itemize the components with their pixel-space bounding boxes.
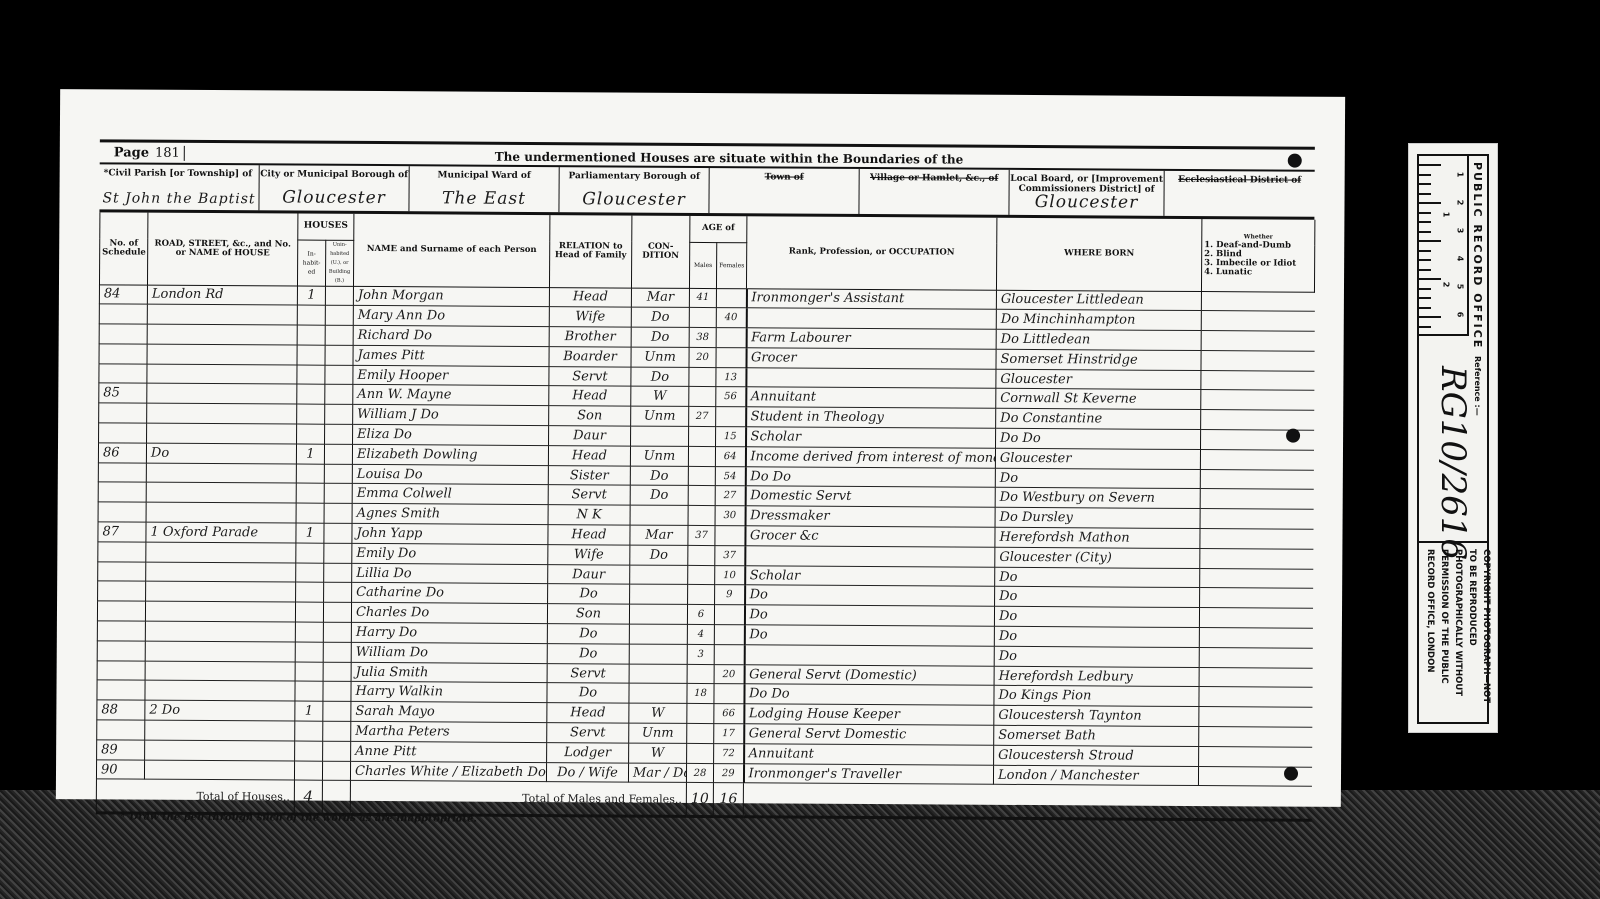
cell-condition: Do [630,545,688,565]
cell-condition: Mar [630,525,688,545]
cell-infirmity [1200,529,1313,549]
cell-name: Louisa Do [352,464,548,485]
ruler-number: 1 [1455,172,1464,178]
boundary-ward: Municipal Ward of The East [409,166,559,212]
total-females: 16 [713,783,743,817]
cell-occupation: Scholar [745,565,995,586]
cell-female-age: 17 [714,724,744,744]
cell-condition: W [629,703,687,723]
cell-female-age: 64 [715,446,745,466]
cell-male-age: 41 [689,288,716,308]
cell-female-age: 56 [716,387,746,407]
cell-condition: Unm [630,446,688,466]
col-where-born: WHERE BORN [996,218,1201,291]
cell-female-age: 40 [716,308,746,328]
cell-where-born: Do [995,567,1200,588]
cell-relation: Servt [548,485,630,505]
boundaries-row: *Civil Parish [or Township] of St John t… [99,164,1314,219]
ruler-tick [1419,183,1431,185]
cell-road [145,601,295,622]
cell-name: Eliza Do [353,424,549,445]
cell-infirmity [1201,311,1314,331]
cell-infirmity [1201,410,1314,430]
cell-inhabited [295,622,323,642]
cell-infirmity [1201,390,1314,410]
cell-condition [629,624,687,644]
cell-road [145,720,295,741]
cell-schedule [97,680,145,700]
cell-condition [629,684,687,704]
cell-infirmity [1200,469,1313,489]
ruler-tick [1419,231,1431,233]
cell-relation: Daur [548,564,630,584]
cell-where-born: Herefordsh Mathon [995,527,1200,548]
cell-female-age: 13 [716,367,746,387]
cell-where-born: London / Manchester [993,765,1198,786]
cell-condition: Unm [631,406,689,426]
cell-female-age: 66 [714,704,744,724]
cell-male-age: 3 [687,644,714,664]
ruler-tick [1419,164,1441,166]
punch-hole [1284,767,1298,781]
census-table: No. of Schedule ROAD, STREET, &c., and N… [96,212,1316,822]
ruler-tick [1419,316,1441,318]
cell-uninhabited [323,741,351,761]
cell-where-born: Gloucestersh Stroud [994,745,1199,766]
cell-relation: N K [548,505,630,525]
boundary-city: City or Municipal Borough of Gloucester [259,165,409,211]
cell-name: Emma Colwell [352,484,548,505]
cell-road [147,384,297,405]
cell-inhabited [296,503,324,523]
cell-occupation: Lodging House Keeper [744,704,994,725]
col-uninhabited: Unin-habited (U.), or Building (B.) [325,240,353,286]
cell-schedule [98,462,146,482]
cell-relation: Brother [549,327,631,347]
reference-card: 12345612 PUBLIC RECORD OFFICE Reference … [1408,143,1498,733]
cell-where-born: Gloucester [995,448,1200,469]
cell-infirmity [1199,746,1312,766]
total-persons-label: Total of Males and Females.. [350,781,686,817]
ruler-tick [1419,288,1431,290]
cell-schedule: 89 [97,740,145,760]
footnote: * Draw the pen through such of the words… [121,811,477,824]
cell-relation: Head [548,445,630,465]
cell-name: Elizabeth Dowling [352,444,548,465]
cell-schedule: 90 [96,759,144,779]
cell-male-age [688,565,715,585]
census-page: Page 181 The undermentioned Houses are s… [56,89,1345,807]
cell-condition: Mar [631,288,689,308]
cell-infirmity [1201,291,1314,311]
ruler-tick [1419,326,1431,328]
cell-condition [630,565,688,585]
cell-uninhabited [325,385,353,405]
ruler-number: 5 [1455,284,1464,290]
cell-occupation: Ironmonger's Assistant [746,288,996,309]
cell-infirmity [1199,647,1312,667]
cell-where-born: Do Constantine [996,409,1201,430]
ruler-tick [1419,278,1441,280]
cell-female-age [715,526,745,546]
cell-occupation: Annuitant [746,387,996,408]
ruler-tick [1419,193,1431,195]
cell-occupation: Annuitant [744,744,994,765]
boundary-town: Town of [709,168,859,214]
cell-infirmity [1201,331,1314,351]
cell-inhabited: 1 [295,701,323,721]
cell-name: William Do [351,642,547,663]
cell-road [145,740,295,761]
cell-where-born: Do [995,587,1200,608]
cell-where-born: Do Do [996,428,1201,449]
cell-relation: Son [549,406,631,426]
cell-uninhabited [325,286,353,306]
cell-relation: Sister [548,465,630,485]
cell-condition [629,644,687,664]
cell-uninhabited [323,721,351,741]
cell-infirmity [1199,727,1312,747]
punch-hole [1286,429,1300,443]
cell-infirmity [1200,489,1313,509]
cell-female-age [714,625,744,645]
cell-occupation: Farm Labourer [746,328,996,349]
cell-occupation: Domestic Servt [745,486,995,507]
cell-infirmity [1200,568,1313,588]
cell-relation: Do / Wife [546,762,628,782]
cell-name: William J Do [353,405,549,426]
cell-uninhabited [324,583,352,603]
cell-condition: Unm [631,347,689,367]
cell-uninhabited [323,701,351,721]
boundary-ecclesiastical: Ecclesiastical District of [1164,171,1314,217]
cell-inhabited: 1 [296,523,324,543]
cell-road [146,582,296,603]
cell-road: Do [146,443,296,464]
cell-relation: Daur [549,426,631,446]
cell-road [145,641,295,662]
cell-condition [629,604,687,624]
total-uninhabited [322,781,350,815]
ruler-tick [1419,212,1431,214]
cell-female-age [716,328,746,348]
boundary-village: Village or Hamlet, &c., of [859,169,1009,215]
ruler-number: 2 [1455,200,1464,206]
cell-road [146,463,296,484]
cell-uninhabited [325,404,353,424]
cell-road [144,760,294,781]
cell-inhabited: 1 [297,286,325,306]
cell-male-age [689,387,716,407]
col-road: ROAD, STREET, &c., and No. or NAME of HO… [147,213,297,286]
cell-male-age [688,545,715,565]
cell-schedule: 84 [99,284,147,304]
cell-where-born: Gloucester Littledean [996,290,1201,311]
cell-female-age [714,684,744,704]
col-relation: RELATION to Head of Family [549,215,631,287]
ruler-inch-number: 2 [1441,282,1450,288]
cell-male-age [688,585,715,605]
cell-name: Catharine Do [352,583,548,604]
cell-schedule [97,720,145,740]
ruler-tick [1419,307,1431,309]
cell-relation: Do [548,584,630,604]
copyright-notice: COPYRIGHT PHOTOGRAPH—NOT TO BE REPRODUCE… [1419,541,1487,722]
cell-inhabited [297,305,325,325]
cell-male-age: 27 [689,407,716,427]
cell-relation: Wife [548,544,630,564]
cell-schedule [99,423,147,443]
cell-road [147,324,297,345]
total-males: 10 [686,783,713,817]
col-occupation: Rank, Profession, or OCCUPATION [746,216,996,290]
cell-schedule [97,641,145,661]
cell-schedule [97,621,145,641]
cell-female-age: 54 [715,466,745,486]
cell-inhabited [297,424,325,444]
cell-inhabited [296,582,324,602]
cell-uninhabited [323,622,351,642]
cell-condition: W [631,387,689,407]
cell-name: Agnes Smith [352,504,548,525]
cell-male-age: 6 [687,605,714,625]
total-houses-value: 4 [294,780,322,814]
cell-relation: Servt [547,723,629,743]
cell-where-born: Gloucester [996,369,1201,390]
cell-male-age [687,723,714,743]
cell-name: Anne Pitt [351,741,547,762]
cell-infirmity [1199,608,1312,628]
ruler-tick [1419,202,1441,204]
cell-schedule: 88 [97,700,145,720]
cell-female-age [716,407,746,427]
cell-schedule [99,304,147,324]
cell-male-age [689,367,716,387]
cell-road [147,344,297,365]
cell-uninhabited [325,306,353,326]
census-rows: 84London Rd1John MorganHeadMar41Ironmong… [96,284,1314,786]
cell-inhabited [294,761,322,781]
cell-female-age: 72 [714,743,744,763]
cell-uninhabited [325,424,353,444]
cell-uninhabited [323,682,351,702]
cell-inhabited [295,741,323,761]
cell-where-born: Herefordsh Ledbury [994,666,1199,687]
cell-road [145,661,295,682]
cell-occupation: Grocer [746,348,996,369]
cell-road [146,502,296,523]
cell-male-age [687,664,714,684]
col-condition: CON-DITION [631,216,689,288]
cell-condition [630,585,688,605]
cell-condition: Mar / Do [628,763,686,783]
cell-uninhabited [323,662,351,682]
cell-occupation [745,546,995,567]
cell-schedule [99,403,147,423]
cell-name: Mary Ann Do [353,306,549,327]
cell-occupation: Ironmonger's Traveller [743,763,993,784]
cell-male-age: 20 [689,347,716,367]
cell-inhabited [295,642,323,662]
cell-infirmity [1201,350,1314,370]
cell-inhabited [295,681,323,701]
boundaries-title: The undermentioned Houses are situate wi… [495,150,964,167]
cell-occupation: Do Do [744,684,994,705]
cell-where-born: Somerset Hinstridge [996,349,1201,370]
scale-ruler: 12345612 [1419,156,1469,336]
ruler-number: 3 [1455,228,1464,234]
cell-where-born: Gloucester (City) [995,547,1200,568]
cell-where-born: Do Dursley [995,508,1200,529]
cell-infirmity [1200,548,1313,568]
cell-condition: Do [631,307,689,327]
cell-inhabited [296,563,324,583]
cell-schedule [97,601,145,621]
punch-hole [1288,154,1302,168]
cell-occupation [746,367,996,388]
cell-schedule: 87 [98,522,146,542]
cell-relation: Servt [549,366,631,386]
cell-name: James Pitt [353,345,549,366]
cell-uninhabited [324,563,352,583]
cell-schedule: 85 [99,383,147,403]
cell-occupation: General Servt Domestic [744,724,994,745]
total-blank [743,783,1311,820]
cell-schedule [98,502,146,522]
cell-where-born: Do Kings Pion [994,686,1199,707]
cell-relation: Head [549,386,631,406]
cell-uninhabited [324,503,352,523]
cell-condition: Do [630,486,688,506]
cell-female-age: 10 [715,565,745,585]
cell-where-born: Gloucestersh Taynton [994,706,1199,727]
cell-male-age: 37 [688,525,715,545]
ruler-number: 6 [1455,312,1464,318]
ruler-tick [1419,269,1431,271]
cell-infirmity [1200,588,1313,608]
cell-name: Sarah Mayo [351,702,547,723]
cell-female-age: 29 [713,763,743,783]
reference-label: Reference :— [1473,356,1482,416]
cell-male-age [688,486,715,506]
cell-name: Martha Peters [351,721,547,742]
cell-relation: Son [547,604,629,624]
cell-occupation: Grocer &c [745,526,995,547]
cell-name: Lillia Do [352,563,548,584]
cell-inhabited [297,365,325,385]
cell-schedule [99,364,147,384]
cell-female-age [716,288,746,308]
cell-uninhabited [325,325,353,345]
cell-inhabited [296,543,324,563]
cell-condition: Do [630,466,688,486]
boundary-local-board: Local Board, or [Improvement Commissione… [1009,170,1164,216]
cell-where-born: Do [994,626,1199,647]
cell-female-age [714,644,744,664]
cell-relation: Wife [549,307,631,327]
cell-uninhabited [323,602,351,622]
cell-infirmity [1201,370,1314,390]
cell-name: Harry Do [351,622,547,643]
cell-female-age: 9 [715,585,745,605]
cell-road [146,483,296,504]
cell-inhabited [296,484,324,504]
cell-occupation [746,308,996,329]
cell-male-age [689,308,716,328]
cell-name: Emily Do [352,543,548,564]
cell-inhabited [297,345,325,365]
cell-road [145,621,295,642]
cell-where-born: Do [994,607,1199,628]
cell-occupation: General Servt (Domestic) [744,664,994,685]
cell-inhabited [297,385,325,405]
cell-male-age [689,427,716,447]
ruler-tick [1419,297,1431,299]
cell-road: 1 Oxford Parade [146,522,296,543]
cell-uninhabited [323,642,351,662]
cell-condition: Do [631,367,689,387]
cell-schedule [98,482,146,502]
cell-male-age: 28 [686,763,713,783]
office-name: PUBLIC RECORD OFFICE [1471,162,1484,349]
cell-schedule [98,581,146,601]
cell-male-age [688,446,715,466]
cell-where-born: Do Littledean [996,329,1201,350]
cell-name: Emily Hooper [353,365,549,386]
cell-name: Ann W. Mayne [353,385,549,406]
cell-road: London Rd [147,285,297,306]
cell-name: John Yapp [352,523,548,544]
cell-male-age: 18 [687,684,714,704]
cell-female-age: 27 [715,486,745,506]
cell-female-age: 15 [716,427,746,447]
cell-uninhabited [324,444,352,464]
cell-male-age [688,466,715,486]
cell-inhabited [295,602,323,622]
cell-uninhabited [325,345,353,365]
cell-name: Richard Do [353,325,549,346]
reference-value: RG10/2616 [1433,366,1473,560]
cell-relation: Head [549,287,631,307]
col-name: NAME and Surname of each Person [353,214,549,287]
cell-road [147,403,297,424]
cell-where-born: Do Minchinhampton [996,310,1201,331]
cell-where-born: Do [994,646,1199,667]
cell-relation: Lodger [547,742,629,762]
ruler-tick [1419,240,1441,242]
cell-where-born: Do Westbury on Severn [995,488,1200,509]
cell-female-age: 37 [715,545,745,565]
col-age: AGE of [690,216,747,242]
cell-condition: Unm [629,723,687,743]
cell-female-age [716,347,746,367]
cell-road [146,542,296,563]
page-number: 181 [155,145,185,160]
cell-road [145,681,295,702]
census-form: Page 181 The undermentioned Houses are s… [100,139,1315,146]
cell-schedule: 86 [98,443,146,463]
cell-occupation [744,645,994,666]
cell-road [147,364,297,385]
cell-name: John Morgan [353,286,549,307]
cell-relation: Boarder [549,346,631,366]
ruler-tick [1419,174,1431,176]
cell-uninhabited [324,484,352,504]
cell-female-age [714,605,744,625]
cell-relation: Head [548,525,630,545]
boundary-civil-parish: *Civil Parish [or Township] of St John t… [99,164,259,210]
col-inhabited: In-habit-ed [297,240,325,286]
